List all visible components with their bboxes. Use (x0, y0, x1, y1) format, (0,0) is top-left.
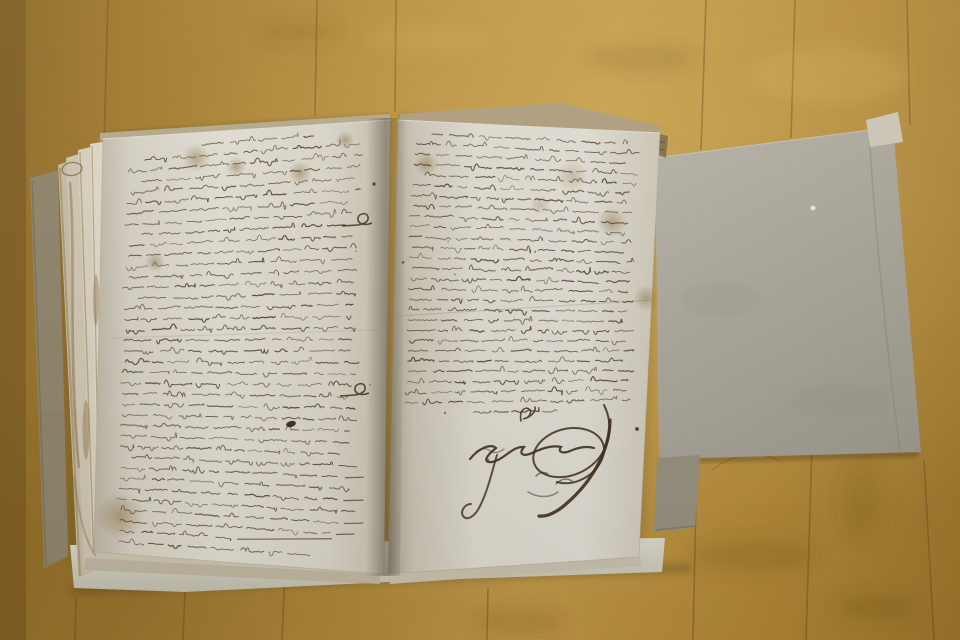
ink-dot-2 (635, 427, 639, 431)
stack-stain-2 (83, 400, 90, 460)
gutter-shadow (360, 118, 406, 576)
ink-dot-1 (372, 182, 375, 185)
wood-plank-edge-dark (0, 0, 26, 640)
manuscript-scene-art (0, 0, 960, 640)
folder-flap (654, 455, 700, 532)
photo-open-manuscript (0, 0, 960, 640)
paper-corner-above-folder (866, 112, 903, 147)
folder-white-speck (811, 206, 816, 211)
stack-stain-1 (93, 274, 99, 326)
ink-dot-3 (444, 412, 446, 414)
right-page (388, 120, 660, 574)
